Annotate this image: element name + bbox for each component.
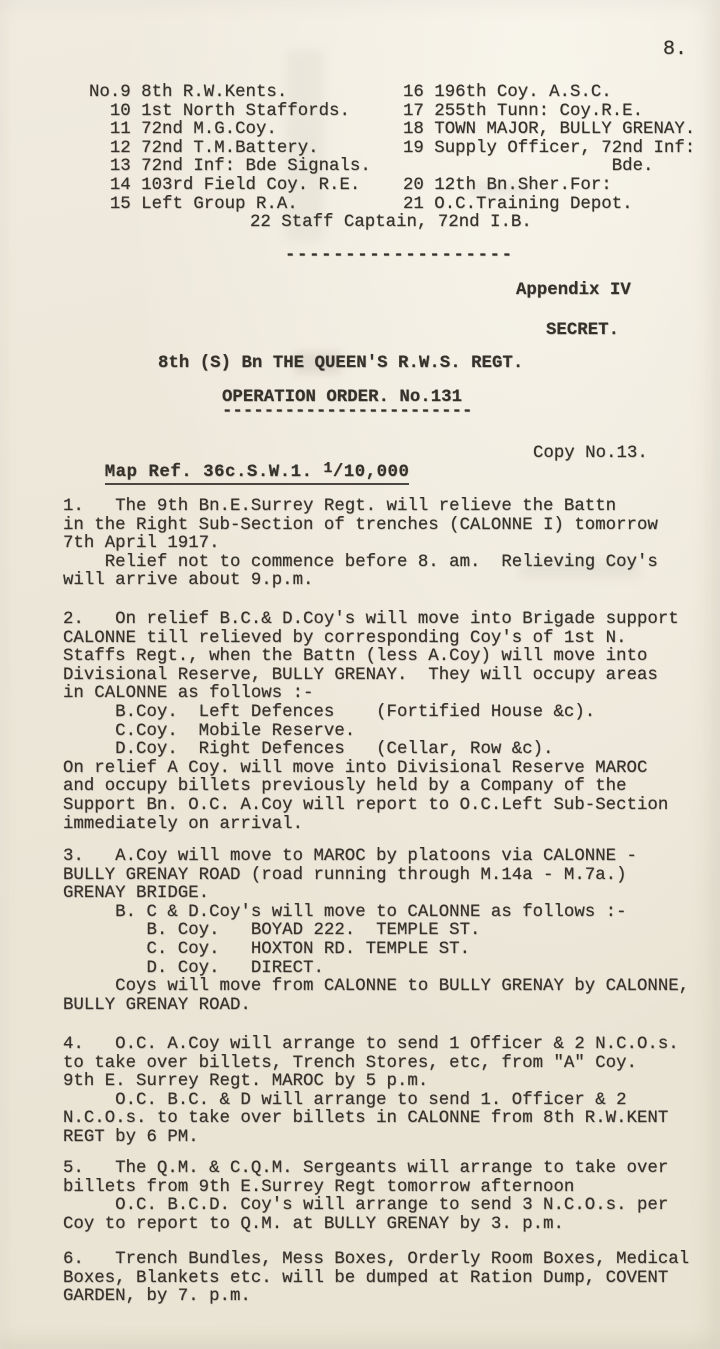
- text-line: O.C. B.C. & D will arrange to send 1. Of…: [63, 1092, 679, 1111]
- map-reference-underlined: Map Ref. 36c.S.W.1. 1/10,000: [105, 463, 410, 485]
- text-line: 3. A.Coy will move to MAROC by platoons …: [63, 848, 689, 867]
- appendix-label: Appendix IV: [516, 282, 631, 301]
- text-line: 7th April 1917.: [63, 535, 658, 554]
- text-line: 6. Trench Bundles, Mess Boxes, Orderly R…: [63, 1251, 689, 1270]
- text-line: 1. The 9th Bn.E.Surrey Regt. will reliev…: [63, 498, 658, 517]
- text-line: On relief A Coy. will move into Division…: [63, 760, 679, 779]
- text-line: BULLY GRENAY ROAD.: [63, 997, 689, 1016]
- text-line: 14 103rd Field Coy. R.E.: [89, 177, 371, 196]
- order-paragraph-4: 4. O.C. A.Coy will arrange to send 1 Off…: [63, 1036, 679, 1148]
- text-line: D. Coy. DIRECT.: [63, 960, 689, 979]
- text-line: Coy to report to Q.M. at BULLY GRENAY by…: [63, 1216, 668, 1235]
- text-line: B.Coy. Left Defences (Fortified House &c…: [63, 704, 679, 723]
- text-line: will arrive about 9.p.m.: [63, 572, 658, 591]
- text-line: in the Right Sub-Section of trenches (CA…: [63, 517, 658, 536]
- order-paragraph-5: 5. The Q.M. & C.Q.M. Sergeants will arra…: [63, 1160, 668, 1234]
- text-line: in CALONNE as follows :-: [63, 685, 679, 704]
- order-paragraph-2: 2. On relief B.C.& D.Coy's will move int…: [63, 611, 679, 834]
- text-line: 4. O.C. A.Coy will arrange to send 1 Off…: [63, 1036, 679, 1055]
- map-ref-scale: /10,000: [333, 463, 410, 482]
- map-ref-text: Map Ref. 36c.S.W.1.: [105, 463, 324, 482]
- separator-line: ------------------------: [222, 403, 472, 422]
- text-line: Divisional Reserve, BULLY GRENAY. They w…: [63, 667, 679, 686]
- distribution-list-right: 16 196th Coy. A.S.C.17 255th Tunn: Coy.R…: [403, 84, 695, 214]
- text-line: No.9 8th R.W.Kents.: [89, 84, 371, 103]
- text-line: 18 TOWN MAJOR, BULLY GRENAY.: [403, 121, 695, 140]
- text-line: O.C. B.C.D. Coy's will arrange to send 3…: [63, 1197, 668, 1216]
- order-paragraph-1: 1. The 9th Bn.E.Surrey Regt. will reliev…: [63, 498, 658, 591]
- text-line: B. C & D.Coy's will move to CALONNE as f…: [63, 904, 689, 923]
- text-line: 19 Supply Officer, 72nd Inf:: [403, 140, 695, 159]
- text-line: D.Coy. Right Defences (Cellar, Row &c).: [63, 741, 679, 760]
- text-line: 20 12th Bn.Sher.For:: [403, 177, 695, 196]
- text-line: Bde.: [403, 158, 695, 177]
- text-line: C. Coy. HOXTON RD. TEMPLE ST.: [63, 941, 689, 960]
- text-line: Boxes, Blankets etc. will be dumped at R…: [63, 1270, 689, 1289]
- distribution-list-left: No.9 8th R.W.Kents. 10 1st North Staffor…: [89, 84, 371, 214]
- text-line: and occupy billets previously held by a …: [63, 778, 679, 797]
- copy-number: Copy No.13.: [533, 445, 648, 464]
- text-line: 21 O.C.Training Depot.: [403, 196, 695, 215]
- text-line: 9th E. Surrey Regt. MAROC by 5 p.m.: [63, 1073, 679, 1092]
- text-line: Support Bn. O.C. A.Coy will report to O.…: [63, 797, 679, 816]
- text-line: N.C.O.s. to take over billets in CALONNE…: [63, 1110, 679, 1129]
- text-line: CALONNE till relieved by corresponding C…: [63, 630, 679, 649]
- text-line: BULLY GRENAY ROAD (road running through …: [63, 867, 689, 886]
- document-page: 8. No.9 8th R.W.Kents. 10 1st North Staf…: [0, 0, 720, 1349]
- text-line: 10 1st North Staffords.: [89, 103, 371, 122]
- text-line: Staffs Regt., when the Battn (less A.Coy…: [63, 648, 679, 667]
- classification-label: SECRET.: [546, 322, 619, 341]
- separator-line: -------------------: [285, 247, 514, 266]
- text-line: 16 196th Coy. A.S.C.: [403, 84, 695, 103]
- distribution-footer: 22 Staff Captain, 72nd I.B.: [250, 214, 532, 233]
- text-line: 15 Left Group R.A.: [89, 196, 371, 215]
- text-line: Coys will move from CALONNE to BULLY GRE…: [63, 978, 689, 997]
- text-line: 5. The Q.M. & C.Q.M. Sergeants will arra…: [63, 1160, 668, 1179]
- text-line: REGT by 6 PM.: [63, 1129, 679, 1148]
- text-line: 11 72nd M.G.Coy.: [89, 121, 371, 140]
- battalion-title: 8th (S) Bn THE QUEEN'S R.W.S. REGT.: [158, 355, 523, 374]
- text-line: GARDEN, by 7. p.m.: [63, 1288, 689, 1307]
- text-line: 2. On relief B.C.& D.Coy's will move int…: [63, 611, 679, 630]
- text-line: 12 72nd T.M.Battery.: [89, 140, 371, 159]
- order-paragraph-3: 3. A.Coy will move to MAROC by platoons …: [63, 848, 689, 1015]
- text-line: immediately on arrival.: [63, 816, 679, 835]
- map-ref-superscript: 1: [323, 460, 332, 479]
- text-line: to take over billets, Trench Stores, etc…: [63, 1055, 679, 1074]
- order-paragraph-6: 6. Trench Bundles, Mess Boxes, Orderly R…: [63, 1251, 689, 1307]
- text-line: 13 72nd Inf: Bde Signals.: [89, 158, 371, 177]
- text-line: GRENAY BRIDGE.: [63, 885, 689, 904]
- page-number: 8.: [663, 41, 687, 60]
- text-line: C.Coy. Mobile Reserve.: [63, 723, 679, 742]
- text-line: billets from 9th E.Surrey Regt tomorrow …: [63, 1179, 668, 1198]
- text-line: B. Coy. BOYAD 222. TEMPLE ST.: [63, 922, 689, 941]
- map-reference: Map Ref. 36c.S.W.1. 1/10,000: [63, 445, 409, 501]
- text-line: 17 255th Tunn: Coy.R.E.: [403, 103, 695, 122]
- text-line: Relief not to commence before 8. am. Rel…: [63, 554, 658, 573]
